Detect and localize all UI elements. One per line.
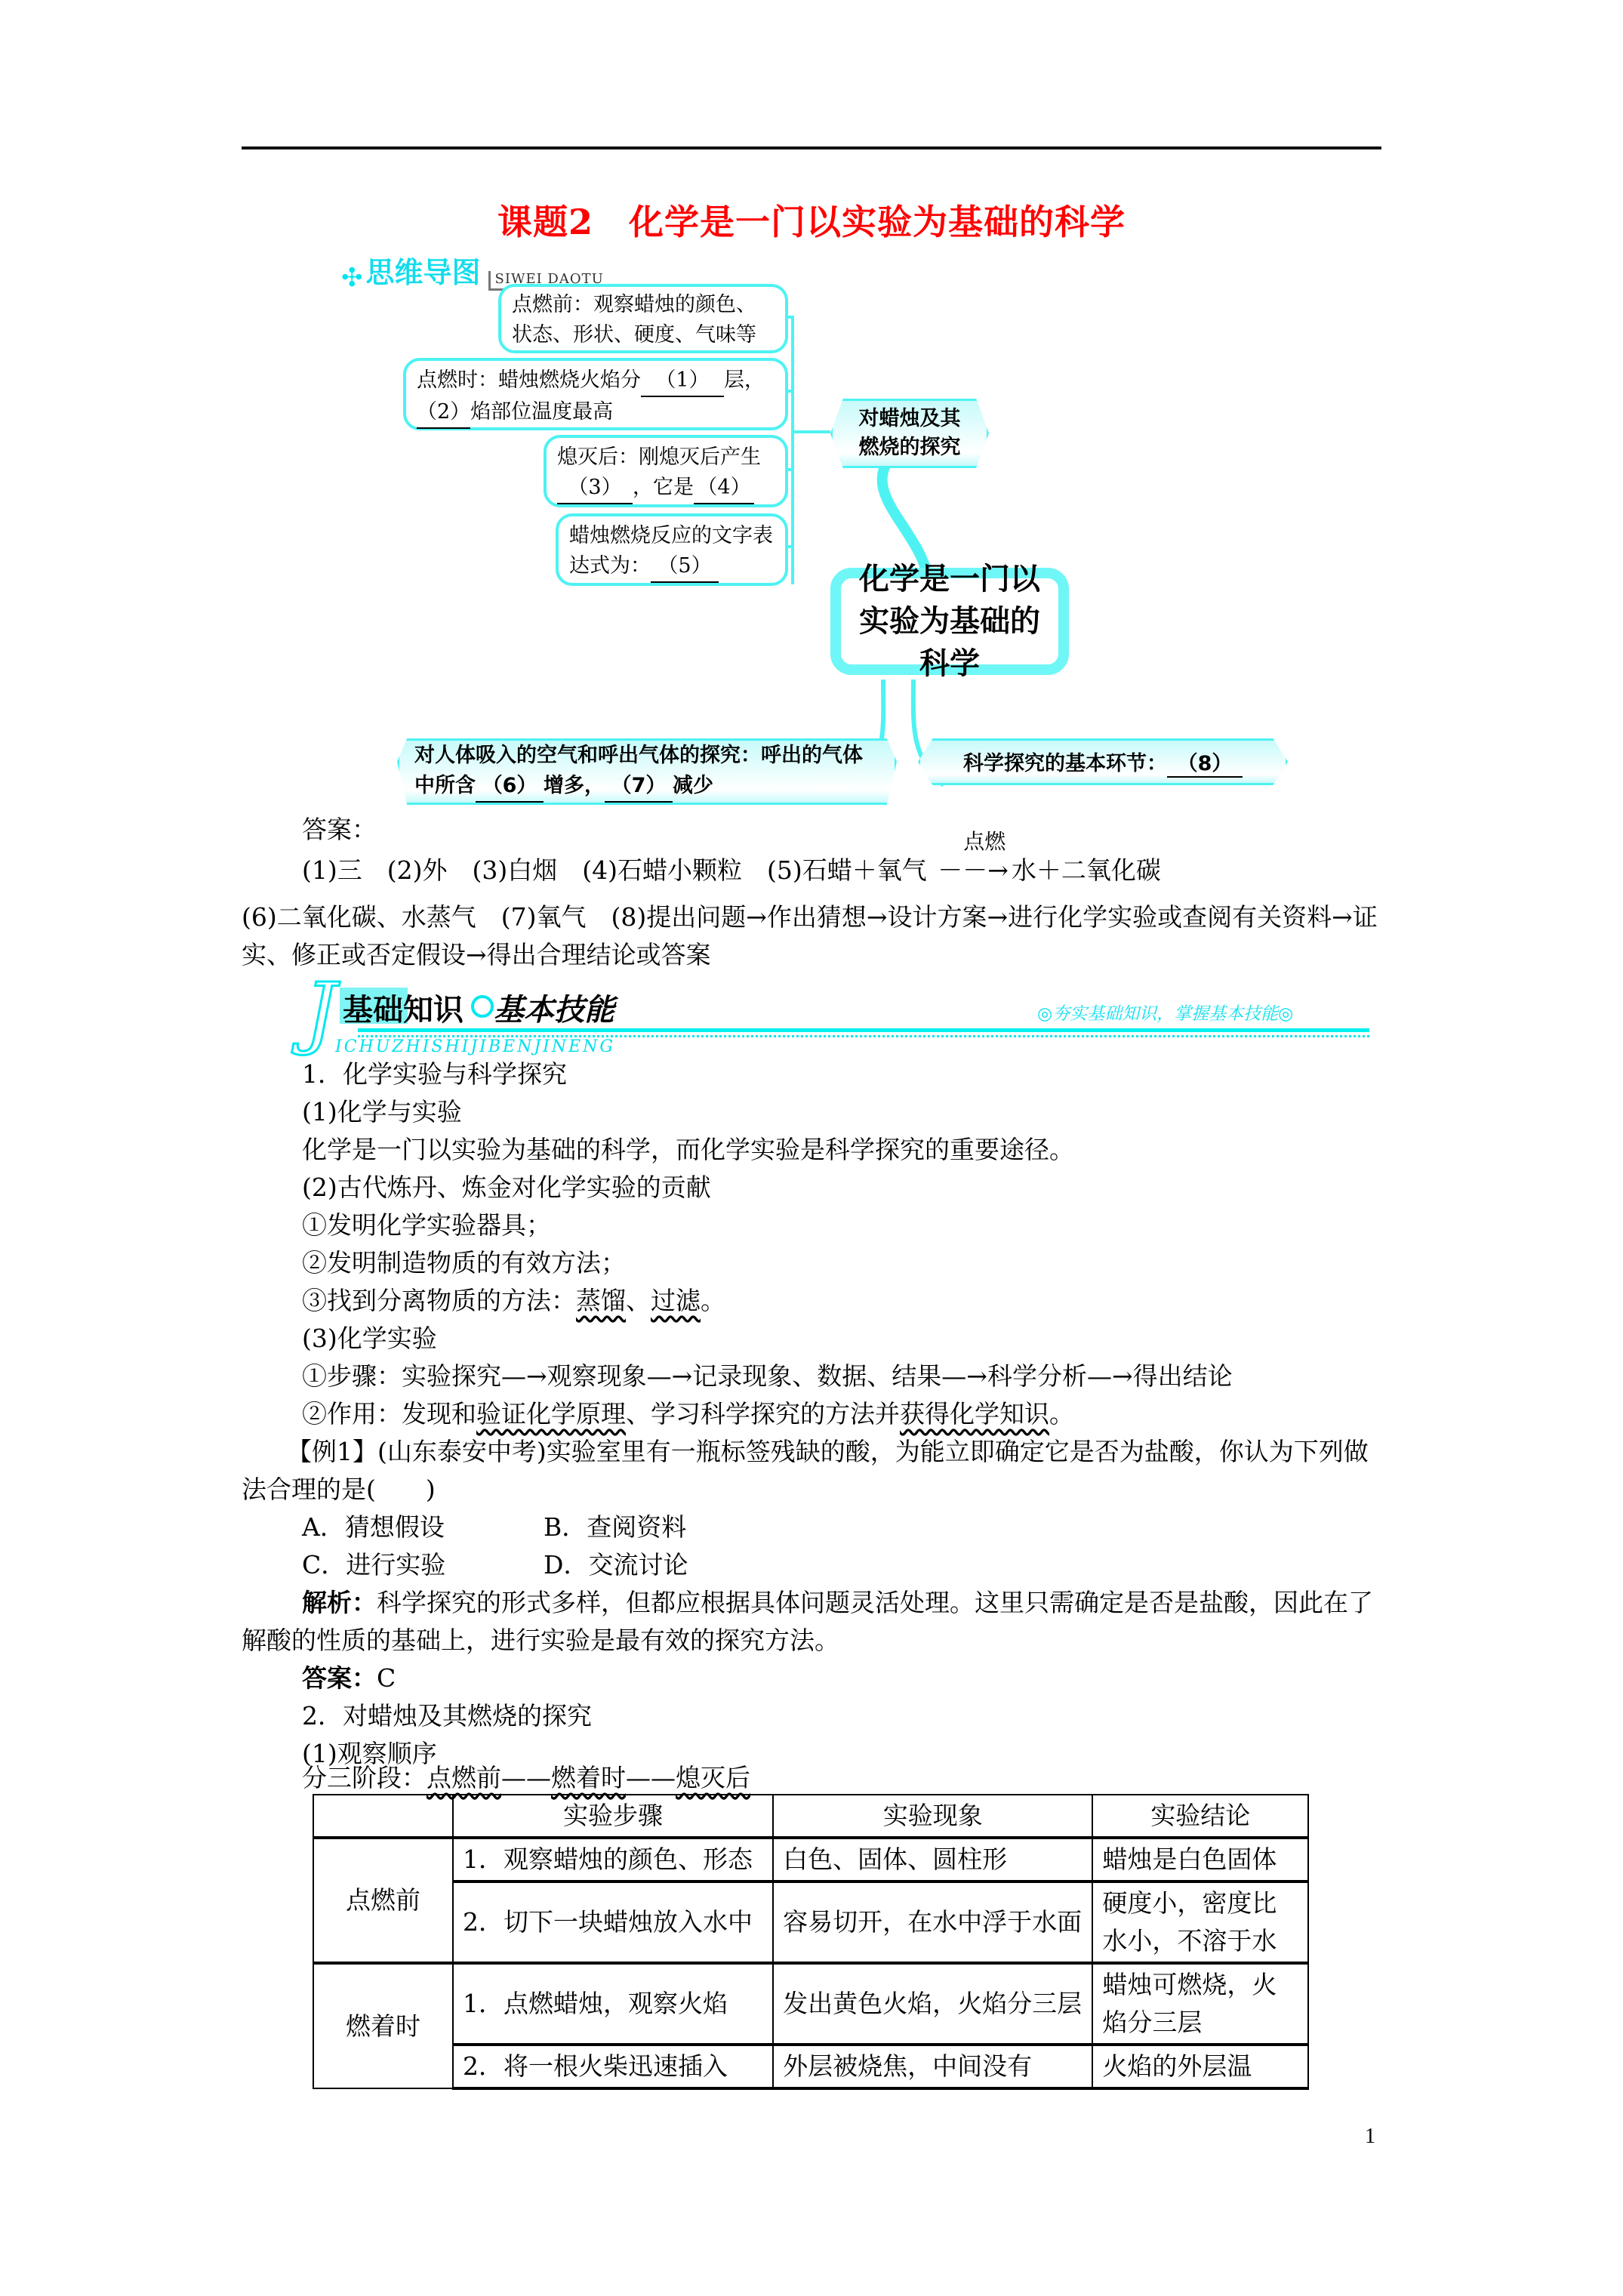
mind-map-node-before-lighting: 点燃前：观察蜡烛的颜色、状态、形状、硬度、气味等	[498, 284, 788, 353]
keyword: 验证化学原理	[476, 1399, 626, 1428]
banner-pinyin: ICHUZHISHIJIBENJINENG	[335, 1037, 615, 1056]
text: 。	[701, 1286, 725, 1315]
text: ②作用：发现和	[302, 1399, 476, 1428]
page-title: 课题2 化学是一门以实验为基础的科学	[242, 195, 1381, 245]
experiment-table: 实验步骤 实验现象 实验结论 点燃前 1．观察蜡烛的颜色、形态 白色、固体、圆柱…	[313, 1794, 1309, 2090]
mind-map-branch-steps: 科学探究的基本环节：（8）	[918, 738, 1288, 785]
banner-letter-j: J	[305, 972, 337, 1051]
section-1-1-title: (1)化学与实验	[302, 1093, 462, 1131]
table-cell: 蜡烛可燃烧，火焰分三层	[1092, 1963, 1308, 2045]
mind-map-label: 思维导图	[366, 249, 481, 291]
node-text: 层，	[724, 368, 765, 392]
analysis-label: 解析：	[302, 1588, 377, 1617]
text: 、	[626, 1286, 651, 1315]
node-text: 减少	[673, 774, 713, 797]
table-header-row: 实验步骤 实验现象 实验结论	[313, 1795, 1308, 1838]
stage-cell: 点燃前	[313, 1838, 453, 1963]
node-text: 点燃时：蜡烛燃烧火焰分	[417, 368, 641, 392]
answers-line-1: (1)三 (2)外 (3)白烟 (4)石蜡小颗粒 (5)石蜡＋氧气 点燃 －－→…	[302, 852, 1389, 889]
section-1-3-title: (3)化学实验	[302, 1320, 437, 1358]
option-c: C．进行实验	[302, 1546, 445, 1584]
blank-4: （4）	[694, 473, 754, 504]
text: 、学习科学探究的方法并	[626, 1399, 900, 1428]
table-cell: 外层被烧焦，中间没有	[773, 2045, 1092, 2088]
mind-map-central-node: 化学是一门以实验为基础的科学	[830, 568, 1069, 675]
section-1-2-title: (2)古代炼丹、炼金对化学实验的贡献	[302, 1169, 711, 1207]
text: ——	[501, 1763, 551, 1792]
observation-stages: 分三阶段：点燃前——燃着时——熄灭后	[302, 1759, 750, 1797]
table-cell: 2．切下一块蜡烛放入水中	[453, 1881, 773, 1963]
text: ③找到分离物质的方法：	[302, 1286, 576, 1315]
section-2-title: 2．对蜡烛及其燃烧的探究	[302, 1697, 592, 1735]
table-cell: 2．将一根火柴迅速插入	[453, 2045, 773, 2088]
section-banner: J 基础知识 基本技能 ◎夯实基础知识，掌握基本技能◎ ICHUZHISHIJI…	[305, 983, 1422, 1051]
table-header: 实验现象	[773, 1795, 1092, 1838]
banner-title-b: 基本技能	[494, 986, 614, 1029]
text: 分三阶段：	[302, 1763, 427, 1792]
mind-map-node-while-burning: 点燃时：蜡烛燃烧火焰分（1）层， （2）焰部位温度最高	[403, 358, 788, 430]
keyword: 点燃前	[427, 1763, 501, 1792]
blank-5: （5）	[651, 551, 719, 583]
node-text: 熄灭后：刚熄灭后产生	[557, 445, 761, 469]
diamond-icon: ✣	[341, 265, 363, 291]
table-header	[313, 1795, 453, 1838]
experiment-use: ②作用：发现和验证化学原理、学习科学探究的方法并获得化学知识。	[302, 1395, 1074, 1433]
table-cell: 1．观察蜡烛的颜色、形态	[453, 1838, 773, 1881]
answers-line-2: (6)二氧化碳、水蒸气 (7)氧气 (8)提出问题→作出猜想→设计方案→进行化学…	[242, 898, 1381, 974]
contribution-item-3: ③找到分离物质的方法：蒸馏、过滤。	[302, 1282, 725, 1320]
banner-title-a: 基础知识	[343, 986, 463, 1029]
banner-dot-icon	[471, 995, 494, 1018]
reaction-arrow: 点燃 －－→	[938, 852, 1009, 889]
table-cell: 容易切开，在水中浮于水面	[773, 1881, 1092, 1963]
blank-3: （3）	[557, 473, 633, 504]
blank-1: （1）	[641, 365, 724, 397]
mind-map-node-after-extinguish: 熄灭后：刚熄灭后产生 （3），它是（4）	[544, 435, 788, 507]
text: 。	[1049, 1399, 1074, 1428]
keyword: 蒸馏	[576, 1286, 626, 1315]
node-text: 增多，	[544, 774, 605, 797]
keyword: 燃着时	[551, 1763, 626, 1792]
example-1: 【例1】(山东泰安中考)实验室里有一瓶标签残缺的酸，为能立即确定它是否为盐酸，你…	[242, 1433, 1381, 1509]
table-cell: 蜡烛是白色固体	[1092, 1838, 1308, 1881]
keyword: 获得化学知识	[900, 1399, 1049, 1428]
table-header: 实验步骤	[453, 1795, 773, 1838]
blank-6: （6）	[476, 771, 544, 803]
table-header: 实验结论	[1092, 1795, 1308, 1838]
node-text: 科学探究的基本环节：	[963, 752, 1167, 775]
node-text: 点燃前：观察蜡烛的颜色、状态、形状、硬度、气味等	[512, 293, 756, 347]
blank-7: （7）	[605, 771, 673, 803]
banner-line	[358, 1028, 1369, 1032]
example-answer: 答案：C	[302, 1660, 396, 1697]
example-text: (山东泰安中考)实验室里有一瓶标签残缺的酸，为能立即确定它是否为盐酸，你认为下列…	[242, 1437, 1369, 1504]
mind-map-node-equation: 蜡烛燃烧反应的文字表达式为：（5）	[556, 513, 788, 586]
answer-value: C	[377, 1663, 396, 1693]
keyword: 熄灭后	[676, 1763, 750, 1792]
connector-to-branch	[791, 430, 830, 433]
mind-map-branch-breath: 对人体吸入的空气和呼出气体的探究：呼出的气体中所含（6）增多，（7）减少	[397, 738, 897, 805]
answers-text: (1)三 (2)外 (3)白烟 (4)石蜡小颗粒 (5)石蜡＋氧气	[302, 855, 927, 885]
page-number: 1	[1365, 2125, 1375, 2149]
banner-slogan: ◎夯实基础知识，掌握基本技能◎	[1037, 1000, 1293, 1025]
table-cell: 火焰的外层温	[1092, 2045, 1308, 2088]
section-1-title: 1．化学实验与科学探究	[302, 1056, 567, 1093]
table-row: 2．将一根火柴迅速插入 外层被烧焦，中间没有 火焰的外层温	[313, 2045, 1308, 2088]
node-text: 对蜡烛及其燃烧的探究	[849, 405, 970, 462]
table-cell: 硬度小，密度比水小，不溶于水	[1092, 1881, 1308, 1963]
table-cell: 1．点燃蜡烛，观察火焰	[453, 1963, 773, 2045]
connector-vertical	[791, 317, 794, 584]
stage-cell: 燃着时	[313, 1963, 453, 2088]
table-row: 点燃前 1．观察蜡烛的颜色、形态 白色、固体、圆柱形 蜡烛是白色固体	[313, 1838, 1308, 1881]
text: ——	[626, 1763, 676, 1792]
answers-text: 水＋二氧化碳	[1012, 855, 1161, 885]
contribution-item-2: ②发明制造物质的有效方法；	[302, 1244, 626, 1282]
option-d: D．交流讨论	[544, 1546, 688, 1584]
table-cell: 发出黄色火焰，火焰分三层	[773, 1963, 1092, 2045]
table-cell: 白色、固体、圆柱形	[773, 1838, 1092, 1881]
example-label: 【例1】	[287, 1437, 377, 1466]
header-rule	[242, 146, 1381, 149]
option-a: A．猜想假设	[302, 1509, 445, 1546]
arrow-condition: 点燃	[963, 823, 1006, 861]
node-text: ，它是	[633, 476, 694, 499]
node-text: 焰部位温度最高	[470, 400, 613, 424]
contribution-item-1: ①发明化学实验器具；	[302, 1207, 551, 1244]
section-1-1-text: 化学是一门以实验为基础的科学，而化学实验是科学探究的重要途径。	[302, 1131, 1074, 1169]
analysis: 解析：科学探究的形式多样，但都应根据具体问题灵活处理。这里只需确定是否是盐酸，因…	[242, 1584, 1381, 1660]
option-b: B．查阅资料	[544, 1509, 686, 1546]
experiment-steps: ①步骤：实验探究—→观察现象—→记录现象、数据、结果—→科学分析—→得出结论	[302, 1358, 1233, 1395]
analysis-text: 科学探究的形式多样，但都应根据具体问题灵活处理。这里只需确定是否是盐酸，因此在了…	[242, 1588, 1373, 1655]
answers-label: 答案：	[302, 811, 377, 849]
node-text: 化学是一门以实验为基础的科学	[852, 558, 1048, 685]
blank-8: （8）	[1167, 747, 1243, 778]
keyword: 过滤	[651, 1286, 701, 1315]
mind-map-branch-candle: 对蜡烛及其燃烧的探究	[830, 399, 989, 468]
answer-label: 答案：	[302, 1663, 377, 1693]
blank-2: （2）	[417, 397, 470, 429]
table-row: 2．切下一块蜡烛放入水中 容易切开，在水中浮于水面 硬度小，密度比水小，不溶于水	[313, 1881, 1308, 1963]
table-row: 燃着时 1．点燃蜡烛，观察火焰 发出黄色火焰，火焰分三层 蜡烛可燃烧，火焰分三层	[313, 1963, 1308, 2045]
